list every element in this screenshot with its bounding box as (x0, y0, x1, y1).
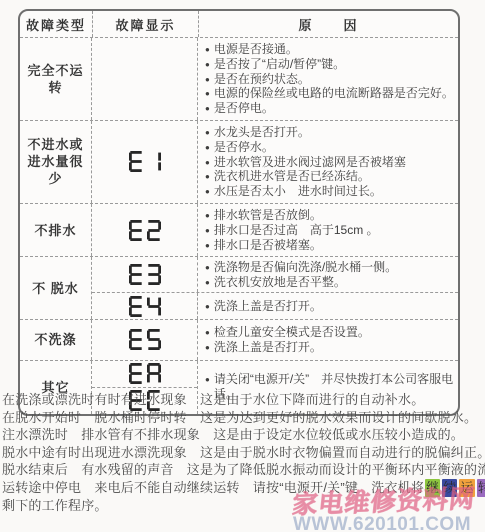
cause-text: 是否停电。 (214, 101, 274, 116)
fault-table-body: 完全不运转●电源是否接通。●是否按了“启动/暂停”键。●是否在预约状态。●电源的… (20, 38, 458, 414)
cause-item: ●电源的保险丝或电路的电流断路器是否完好。 (205, 86, 454, 101)
display-code-cell (92, 121, 198, 203)
bullet-icon: ● (205, 126, 210, 141)
display-code-e1 (127, 151, 163, 172)
header-fault-display: 故障显示 (93, 11, 199, 37)
fault-code-table: 故障类型 故障显示 原 因 完全不运转●电源是否接通。●是否按了“启动/暂停”键… (18, 9, 460, 416)
footer-notes: 在洗涤或漂洗时有时有进水现象 这是由于水位下降而进行的自动补水。在脱水开始时 脱… (2, 391, 484, 514)
note-line: 脱水结束后 有水残留的声音 这是为了降低脱水振动而设计的平衡环内平衡液的流动声。 (2, 461, 484, 479)
cause-text: 电源是否接通。 (214, 42, 298, 57)
bullet-icon: ● (205, 102, 210, 117)
causes-cell: ●电源是否接通。●是否按了“启动/暂停”键。●是否在预约状态。●电源的保险丝或电… (198, 38, 458, 120)
bullet-icon: ● (205, 73, 210, 88)
cause-item: ●进水软管及进水阀过滤网是否被堵塞 (205, 155, 454, 170)
note-line: 在脱水开始时 脱水桶时停时转 这是为达到更好的脱水效果而设计的间歇脱水。 (2, 409, 484, 427)
fault-type-cell: 不 脱水 (20, 257, 92, 318)
cause-item: ●洗衣机进水管是否已经冻结。 (205, 169, 454, 184)
bullet-icon: ● (205, 300, 210, 315)
cause-text: 检查儿童安全模式是否设置。 (214, 325, 370, 340)
note-line: 脱水中途有时出现进水漂洗现象 这是由于脱水时衣物偏置而自动进行的脱偏纠正。 (2, 444, 484, 462)
bullet-icon: ● (205, 373, 210, 388)
segment-digit-e (129, 220, 143, 241)
causes-cell: ●洗涤上盖是否打开。 (198, 293, 458, 318)
highlighted-char: 运 (459, 479, 474, 497)
note-line: 注水漂洗时 排水管有不排水现象 这是由于设定水位较低或水压较小造成的。 (2, 426, 484, 444)
table-subrow: ●洗涤物是否偏向洗涤/脱水桶一侧。●洗衣机安放地是否平整。 (92, 257, 458, 292)
display-code-cell (92, 293, 198, 318)
cause-item: ●是否停水。 (205, 140, 454, 155)
bullet-icon: ● (205, 276, 210, 291)
row-body: ●电源是否接通。●是否按了“启动/暂停”键。●是否在预约状态。●电源的保险丝或电… (92, 38, 458, 120)
cause-text: 排水口是否过高 高于15cm 。 (214, 223, 379, 238)
row-body: ●检查儿童安全模式是否设置。●洗涤上盖是否打开。 (92, 320, 458, 360)
table-row: 完全不运转●电源是否接通。●是否按了“启动/暂停”键。●是否在预约状态。●电源的… (20, 38, 458, 120)
cause-text: 洗衣机安放地是否平整。 (214, 275, 346, 290)
table-subrow: ●洗涤上盖是否打开。 (92, 292, 458, 318)
table-row: 不进水或 进水量很少●水龙头是否打开。●是否停水。●进水软管及进水阀过滤网是否被… (20, 120, 458, 203)
segment-digit-e (129, 296, 143, 317)
cause-text: 排水软管是否放倒。 (214, 208, 322, 223)
cause-text: 排水口是否被堵塞。 (214, 238, 322, 253)
cause-item: ●排水软管是否放倒。 (205, 208, 454, 223)
segment-digit-5 (147, 329, 161, 350)
display-code-cell (92, 257, 198, 292)
causes-cell: ●检查儿童安全模式是否设置。●洗涤上盖是否打开。 (198, 320, 458, 360)
note-line: 剩下的工作程序。 (2, 497, 484, 515)
cause-item: ●检查儿童安全模式是否设置。 (205, 325, 454, 340)
display-code-e5 (127, 329, 163, 350)
cause-text: 进水软管及进水阀过滤网是否被堵塞 (214, 155, 406, 170)
table-subrow: ●排水软管是否放倒。●排水口是否过高 高于15cm 。●排水口是否被堵塞。 (92, 204, 458, 256)
table-row: 不排水●排水软管是否放倒。●排水口是否过高 高于15cm 。●排水口是否被堵塞。 (20, 203, 458, 256)
cause-text: 水龙头是否打开。 (214, 125, 310, 140)
bullet-icon: ● (205, 170, 210, 185)
causes-cell: ●水龙头是否打开。●是否停水。●进水软管及进水阀过滤网是否被堵塞●洗衣机进水管是… (198, 121, 458, 203)
header-cause: 原 因 (199, 11, 458, 37)
cause-item: ●是否停电。 (205, 101, 454, 116)
highlighted-char: 续 (442, 479, 457, 497)
segment-digit-2 (147, 220, 161, 241)
segment-digit-4 (147, 296, 161, 317)
note-line: 在洗涤或漂洗时有时有进水现象 这是由于水位下降而进行的自动补水。 (2, 391, 484, 409)
table-subrow: ●水龙头是否打开。●是否停水。●进水软管及进水阀过滤网是否被堵塞●洗衣机进水管是… (92, 121, 458, 203)
cause-text: 是否停水。 (214, 140, 274, 155)
cause-item: ●洗涤物是否偏向洗涤/脱水桶一侧。 (205, 260, 454, 275)
row-body: ●洗涤物是否偏向洗涤/脱水桶一侧。●洗衣机安放地是否平整。●洗涤上盖是否打开。 (92, 257, 458, 318)
display-code-cell (92, 38, 198, 120)
segment-digit-1 (147, 151, 161, 172)
cause-text: 洗涤物是否偏向洗涤/脱水桶一侧。 (214, 260, 397, 275)
cause-text: 洗涤上盖是否打开。 (214, 340, 322, 355)
bullet-icon: ● (205, 224, 210, 239)
display-code-cell (92, 320, 198, 360)
table-row: 不洗涤●检查儿童安全模式是否设置。●洗涤上盖是否打开。 (20, 319, 458, 360)
cause-item: ●洗涤上盖是否打开。 (205, 299, 454, 314)
fault-type-cell: 不洗涤 (20, 320, 92, 360)
bullet-icon: ● (205, 239, 210, 254)
row-body: ●水龙头是否打开。●是否停水。●进水软管及进水阀过滤网是否被堵塞●洗衣机进水管是… (92, 121, 458, 203)
header-fault-type: 故障类型 (20, 11, 93, 37)
segment-digit-a (147, 363, 161, 384)
bullet-icon: ● (205, 141, 210, 156)
bullet-icon: ● (205, 58, 210, 73)
cause-text: 洗衣机进水管是否已经冻结。 (214, 169, 370, 184)
bullet-icon: ● (205, 341, 210, 356)
cause-item: ●洗涤上盖是否打开。 (205, 340, 454, 355)
segment-digit-e (129, 264, 143, 285)
note-text: 运转途中停电 来电后不能自动继续运转 请按“电源开/关”键 洗衣机将 (2, 480, 424, 495)
display-code-e2 (127, 220, 163, 241)
fault-type-cell: 不排水 (20, 204, 92, 256)
cause-text: 洗涤上盖是否打开。 (214, 299, 322, 314)
bullet-icon: ● (205, 261, 210, 276)
display-code-e4 (127, 296, 163, 317)
cause-item: ●是否按了“启动/暂停”键。 (205, 57, 454, 72)
watermark-site-url: WWW.620101.COM (293, 514, 483, 532)
bullet-icon: ● (205, 326, 210, 341)
causes-cell: ●排水软管是否放倒。●排水口是否过高 高于15cm 。●排水口是否被堵塞。 (198, 204, 458, 256)
cause-text: 是否在预约状态。 (214, 72, 310, 87)
note-line: 运转途中停电 来电后不能自动继续运转 请按“电源开/关”键 洗衣机将继续运转 完… (2, 479, 484, 497)
highlighted-char: 转 (477, 479, 485, 497)
table-header: 故障类型 故障显示 原 因 (20, 11, 458, 38)
cause-item: ●电源是否接通。 (205, 42, 454, 57)
cause-item: ●水压是否太小 进水时间过长。 (205, 184, 454, 199)
cause-item: ●排水口是否过高 高于15cm 。 (205, 223, 454, 238)
cause-item: ●洗衣机安放地是否平整。 (205, 275, 454, 290)
display-code-cell (92, 361, 197, 387)
table-subrow: ●检查儿童安全模式是否设置。●洗涤上盖是否打开。 (92, 320, 458, 360)
display-code-ea (127, 363, 163, 384)
bullet-icon: ● (205, 209, 210, 224)
display-code-e3 (127, 264, 163, 285)
bullet-icon: ● (205, 156, 210, 171)
segment-digit-e (129, 151, 143, 172)
bullet-icon: ● (205, 185, 210, 200)
segment-digit-3 (147, 264, 161, 285)
table-row: 不 脱水●洗涤物是否偏向洗涤/脱水桶一侧。●洗衣机安放地是否平整。●洗涤上盖是否… (20, 256, 458, 318)
manual-page: 故障类型 故障显示 原 因 完全不运转●电源是否接通。●是否按了“启动/暂停”键… (0, 0, 485, 532)
cause-item: ●水龙头是否打开。 (205, 125, 454, 140)
cause-text: 电源的保险丝或电路的电流断路器是否完好。 (214, 86, 454, 101)
row-body: ●排水软管是否放倒。●排水口是否过高 高于15cm 。●排水口是否被堵塞。 (92, 204, 458, 256)
cause-item: ●是否在预约状态。 (205, 72, 454, 87)
cause-item: ●排水口是否被堵塞。 (205, 238, 454, 253)
segment-digit-e (129, 329, 143, 350)
fault-type-cell: 不进水或 进水量很少 (20, 121, 92, 203)
bullet-icon: ● (205, 43, 210, 58)
causes-cell: ●洗涤物是否偏向洗涤/脱水桶一侧。●洗衣机安放地是否平整。 (198, 257, 458, 292)
segment-digit-e (129, 363, 143, 384)
display-code-cell (92, 204, 198, 256)
highlighted-char: 继 (425, 479, 440, 497)
fault-type-cell: 完全不运转 (20, 38, 92, 120)
cause-text: 水压是否太小 进水时间过长。 (214, 184, 382, 199)
cause-text: 是否按了“启动/暂停”键。 (214, 57, 345, 72)
table-subrow: ●电源是否接通。●是否按了“启动/暂停”键。●是否在预约状态。●电源的保险丝或电… (92, 38, 458, 120)
bullet-icon: ● (205, 87, 210, 102)
